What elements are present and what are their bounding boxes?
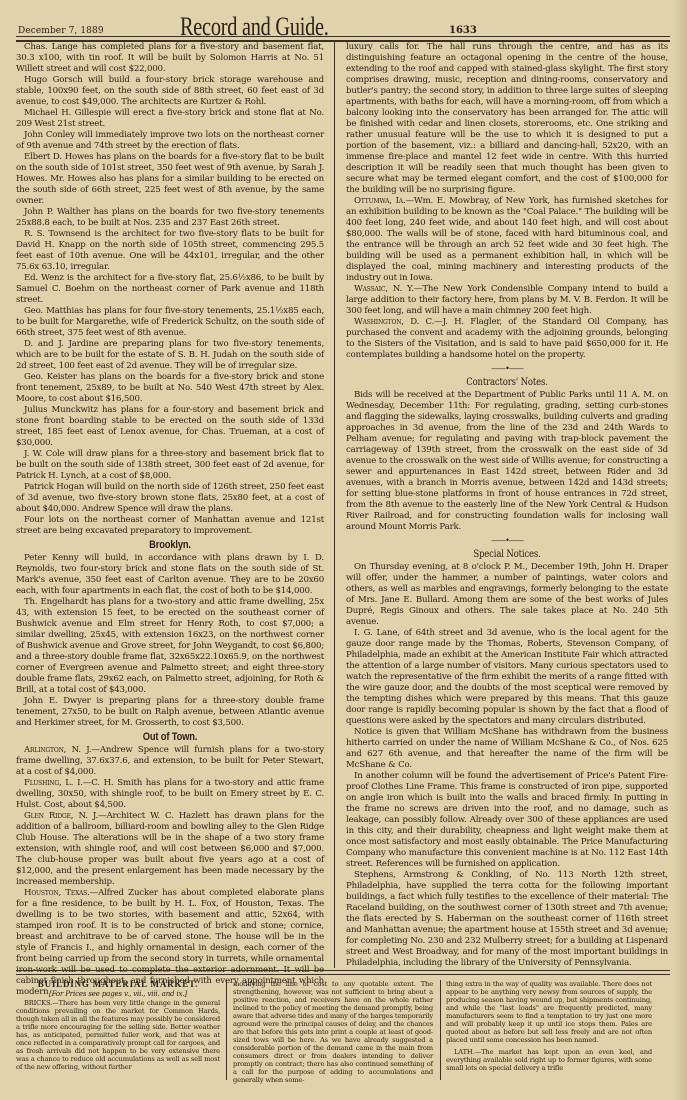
article-paragraph: D. and J. Jardine are preparing plans fo… <box>16 339 324 372</box>
article-paragraph: Stephens, Armstrong & Conkling, of No. 1… <box>346 870 668 969</box>
place-name: Wassaic, N. Y. <box>354 284 414 294</box>
article-paragraph: Th. Engelhardt has plans for a two-story… <box>16 597 324 696</box>
article-paragraph: John P. Walther has plans on the boards … <box>16 207 324 229</box>
article-paragraph: In another column will be found the adve… <box>346 771 668 870</box>
article-paragraph: Washington, D. C.—J. H. Flagler, of the … <box>346 317 668 361</box>
market-column-1: BUILDING MATERIAL MARKET. [For Prices se… <box>16 980 220 1071</box>
left-column: Chas. Lange has completed plans for a fi… <box>16 42 324 998</box>
column-divider <box>226 980 227 1080</box>
market-subheading: [For Prices see pages v., vii., viii. an… <box>16 990 220 998</box>
article-paragraph: Wassaic, N. Y.—The New York Condensible … <box>346 284 668 317</box>
article-paragraph: Julius Munckwitz has plans for a four-st… <box>16 405 324 449</box>
column-divider <box>440 980 441 1080</box>
article-paragraph-continued: luxury calls for. The hall runs through … <box>346 42 668 196</box>
market-heading: BUILDING MATERIAL MARKET. <box>16 980 220 988</box>
section-heading-special-notices: Special Notices. <box>370 549 644 560</box>
article-paragraph: Geo. Keister has plans on the boards for… <box>16 372 324 405</box>
section-rule <box>16 970 670 975</box>
issue-date: December 7, 1889 <box>18 26 104 36</box>
article-paragraph: Ottumwa, Ia.—Wm. E. Mowbray, of New York… <box>346 196 668 284</box>
article-paragraph: Flushing, L. I.—C. H. Smith has plans fo… <box>16 778 324 811</box>
article-paragraph: John Conley will immediately improve two… <box>16 130 324 152</box>
article-paragraph: Elbert D. Howes has plans on the boards … <box>16 152 324 207</box>
market-paragraph-lath: LATH.—The market has kept upon an even k… <box>446 1048 652 1072</box>
article-paragraph: Four lots on the northeast corner of Man… <box>16 515 324 537</box>
article-paragraph: R. S. Townsend is the architect for two … <box>16 229 324 273</box>
place-name: Flushing, L. I. <box>24 778 83 788</box>
section-heading-contractors: Contractors' Notes. <box>370 377 644 388</box>
article-paragraph: Geo. Matthias has plans for four five-st… <box>16 306 324 339</box>
article-paragraph: Patrick Hogan will build on the north si… <box>16 482 324 515</box>
column-divider <box>334 42 335 968</box>
article-paragraph: Michael H. Gillespie will erect a five-s… <box>16 108 324 130</box>
place-name: Houston, Texas. <box>24 888 90 898</box>
article-paragraph: Bids will be received at the Department … <box>346 390 668 533</box>
market-column-3: thing extra in the way of quality was av… <box>446 980 652 1072</box>
article-paragraph: Hugo Gorsch will build a four-story bric… <box>16 75 324 108</box>
article-paragraph: John E. Dwyer is preparing plans for a t… <box>16 696 324 729</box>
right-column: luxury calls for. The hall runs through … <box>346 42 668 969</box>
article-paragraph: On Thursday evening, at 8 o'clock P. M.,… <box>346 562 668 628</box>
article-paragraph: Ed. Wenz is the architect for a five-sto… <box>16 273 324 306</box>
newspaper-page: December 7, 1889 Record and Guide. 1633 … <box>0 0 687 1100</box>
section-heading-out-of-town: Out of Town. <box>39 732 301 743</box>
article-paragraph: Notice is given that William McShane has… <box>346 727 668 771</box>
article-paragraph: Peter Kenny will build, in accordance wi… <box>16 553 324 597</box>
market-paragraph: thing extra in the way of quality was av… <box>446 980 652 1044</box>
ornament-divider: ——•—— <box>346 365 668 373</box>
market-paragraph: BRICKS.—There has been very little chang… <box>16 999 220 1071</box>
article-paragraph: Chas. Lange has completed plans for a fi… <box>16 42 324 75</box>
place-name: Washington, D. C. <box>354 317 434 327</box>
article-paragraph: Glen Ridge, N. J.—Architect W. C. Hazlet… <box>16 811 324 888</box>
page-number: 1633 <box>449 25 477 36</box>
place-name: Arlington, N. J. <box>24 745 91 755</box>
section-heading-brooklyn: Brooklyn. <box>39 540 301 551</box>
place-name: Glen Ridge, N. J. <box>24 811 98 821</box>
market-column-2: modifying the line of cost to any quotab… <box>233 980 433 1084</box>
market-paragraph: modifying the line of cost to any quotab… <box>233 980 433 1084</box>
ornament-divider: ——•—— <box>346 537 668 545</box>
article-paragraph: Arlington, N. J.—Andrew Spence will furn… <box>16 745 324 778</box>
article-paragraph: I. G. Lane, of 64th street and 3d avenue… <box>346 628 668 727</box>
article-paragraph: J. W. Cole will draw plans for a three-s… <box>16 449 324 482</box>
place-name: Ottumwa, Ia. <box>354 196 406 206</box>
